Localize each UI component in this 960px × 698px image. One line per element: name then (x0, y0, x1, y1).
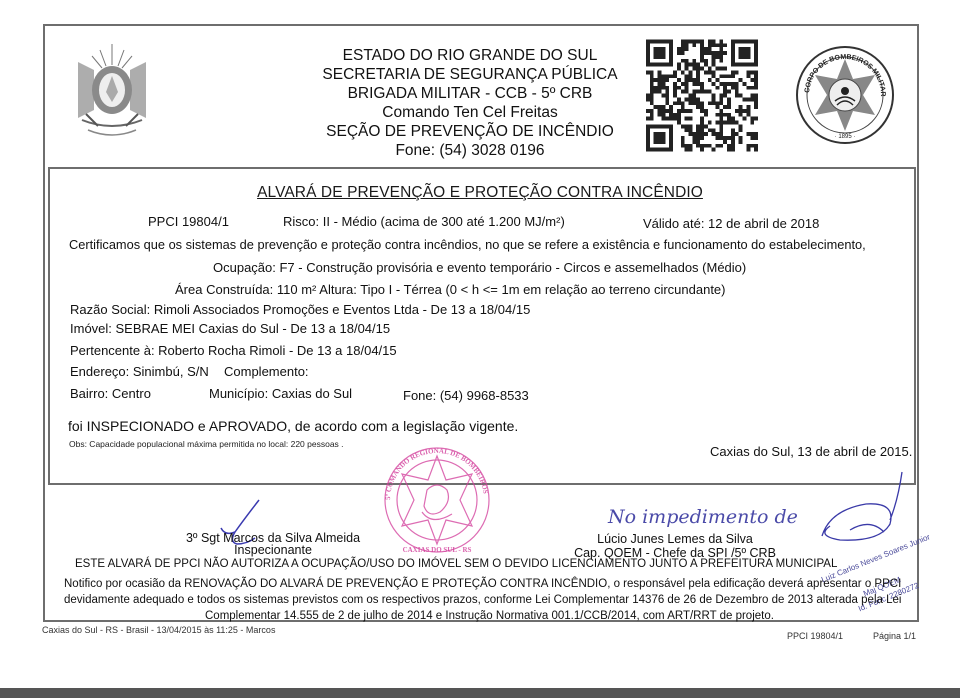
header-line-phone: Fone: (54) 3028 0196 (300, 141, 640, 160)
renewal-notice-line-3: Complementar 14.555 de 2 de julho de 201… (205, 610, 774, 622)
svg-text:5º COMANDO REGIONAL DE BOMBEIR: 5º COMANDO REGIONAL DE BOMBEIROS (384, 447, 490, 500)
municipality: Município: Caxias do Sul (209, 386, 352, 401)
inspection-result: foi INSPECIONADO e APROVADO, de acordo c… (68, 418, 518, 434)
chief-name: Lúcio Junes Lemes da Silva (560, 532, 790, 546)
risk-level: Risco: II - Médio (acima de 300 até 1.20… (283, 214, 565, 229)
renewal-notice-line-2: devidamente adequado e todos os sistemas… (64, 594, 901, 606)
address: Endereço: Sinimbú, S/N (70, 364, 209, 379)
header-line-secretariat: SECRETARIA DE SEGURANÇA PÚBLICA (300, 65, 640, 84)
occupancy: Ocupação: F7 - Construção provisória e e… (213, 260, 746, 275)
header-line-brigade: BRIGADA MILITAR - CCB - 5º CRB (300, 84, 640, 103)
property: Imóvel: SEBRAE MEI Caxias do Sul - De 13… (70, 321, 390, 336)
header-line-section: SEÇÃO DE PREVENÇÃO DE INCÊNDIO (300, 122, 640, 141)
valid-until: Válido até: 12 de abril de 2018 (643, 216, 819, 231)
built-area: Área Construída: 110 m² Altura: Tipo I -… (175, 282, 726, 297)
footer-page-number: Página 1/1 (873, 631, 916, 641)
regional-command-seal-icon: 5º COMANDO REGIONAL DE BOMBEIROS CAXIAS … (372, 440, 502, 560)
footer-ppci: PPCI 19804/1 (787, 631, 843, 641)
header-line-state: ESTADO DO RIO GRANDE DO SUL (300, 46, 640, 65)
observation-note: Obs: Capacidade populacional máxima perm… (69, 439, 344, 449)
header-line-command: Comando Ten Cel Freitas (300, 103, 640, 122)
issuer-header: ESTADO DO RIO GRANDE DO SUL SECRETARIA D… (300, 46, 640, 160)
company-name: Razão Social: Rimoli Associados Promoçõe… (70, 302, 530, 317)
owner: Pertencente à: Roberto Rocha Rimoli - De… (70, 343, 397, 358)
ppci-number: PPCI 19804/1 (148, 214, 229, 229)
neighborhood: Bairro: Centro (70, 386, 151, 401)
footer-issue-info: Caxias do Sul - RS - Brasil - 13/04/2015… (42, 625, 275, 635)
coat-of-arms-icon (72, 40, 152, 145)
address-complement: Complemento: (224, 364, 309, 379)
svg-text:· 1895 ·: · 1895 · (835, 134, 856, 140)
scanner-edge (0, 688, 960, 698)
qr-code-icon[interactable] (646, 37, 758, 154)
svg-text:CAXIAS DO SUL - RS: CAXIAS DO SUL - RS (403, 546, 472, 554)
fire-brigade-badge-icon: CORPO DE BOMBEIROS MILITAR DO RIO GRANDE… (795, 45, 895, 145)
handwritten-note: No impedimento de (608, 506, 798, 528)
contact-phone: Fone: (54) 9968-8533 (403, 388, 529, 403)
certificate-title: ALVARÁ DE PREVENÇÃO E PROTEÇÃO CONTRA IN… (0, 184, 960, 202)
place-and-date: Caxias do Sul, 13 de abril de 2015. (710, 444, 912, 459)
certification-statement: Certificamos que os sistemas de prevençã… (69, 237, 866, 252)
inspector-role: Inspecionante (158, 543, 388, 557)
municipal-license-warning: ESTE ALVARÁ DE PPCI NÃO AUTORIZA A OCUPA… (75, 558, 837, 570)
renewal-notice-line-1: Notifico por ocasião da RENOVAÇÃO DO ALV… (64, 578, 901, 590)
